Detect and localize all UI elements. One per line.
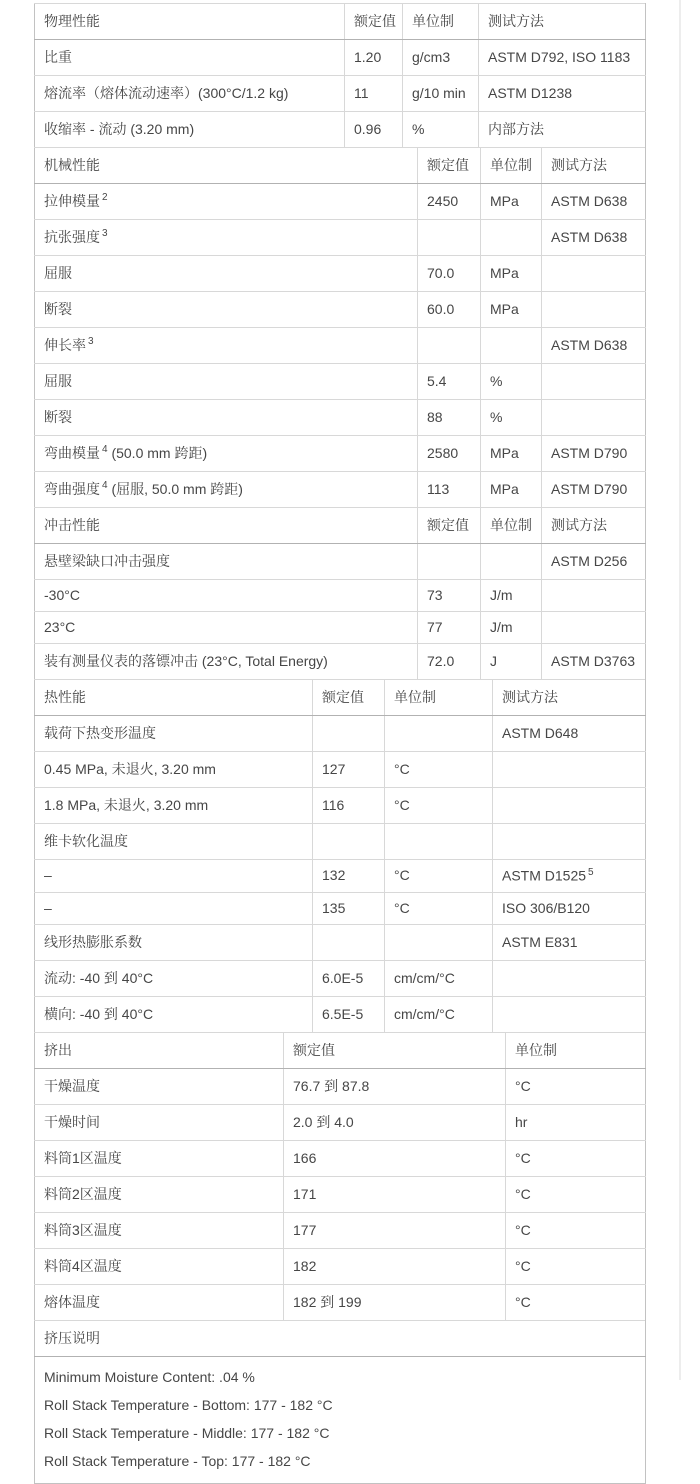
rated-cell: 76.7 到 87.8 xyxy=(284,1068,506,1104)
property-label: 断裂 xyxy=(44,409,72,425)
rated-value: 132 xyxy=(322,867,345,883)
rated-cell: 6.5E-5 xyxy=(313,996,385,1032)
unit-cell: % xyxy=(481,400,542,436)
section-header-row: 物理性能额定值单位制测试方法 xyxy=(35,4,646,40)
rated-value: 72.0 xyxy=(427,653,454,669)
property-row: –132°CASTM D15255 xyxy=(35,860,646,893)
unit-cell xyxy=(385,716,493,752)
note-line: Roll Stack Temperature - Top: 177 - 182 … xyxy=(44,1448,636,1476)
rated-cell: 72.0 xyxy=(418,644,481,680)
property-label-cell: 线形热膨胀系数 xyxy=(35,924,313,960)
column-header: 额定值 xyxy=(284,1032,506,1068)
unit-value: g/cm3 xyxy=(412,49,450,65)
rated-cell: 166 xyxy=(284,1140,506,1176)
method-cell xyxy=(493,752,646,788)
unit-value: MPa xyxy=(490,193,519,209)
method-cell: ASTM D638 xyxy=(542,184,646,220)
column-header: 测试方法 xyxy=(493,680,646,716)
method-cell: ASTM E831 xyxy=(493,924,646,960)
unit-value: °C xyxy=(515,1078,531,1094)
unit-cell: °C xyxy=(385,752,493,788)
rated-value: 77 xyxy=(427,619,443,635)
unit-cell: °C xyxy=(385,860,493,893)
property-label: 干燥时间 xyxy=(44,1114,100,1130)
property-label: 干燥温度 xyxy=(44,1078,100,1094)
property-row: 屈服5.4% xyxy=(35,364,646,400)
property-label-cell: 屈服 xyxy=(35,364,418,400)
unit-cell: MPa xyxy=(481,436,542,472)
unit-cell: % xyxy=(403,112,479,148)
property-label-cell: 料筒1区温度 xyxy=(35,1140,284,1176)
unit-value: hr xyxy=(515,1114,527,1130)
method-cell xyxy=(542,400,646,436)
rated-value: 116 xyxy=(322,797,344,813)
column-header: 额定值 xyxy=(418,148,481,184)
property-label-cell: – xyxy=(35,892,313,924)
property-label-cell: 料筒3区温度 xyxy=(35,1212,284,1248)
rated-cell: 171 xyxy=(284,1176,506,1212)
property-label-cell: 装有测量仪表的落镖冲击 (23°C, Total Energy) xyxy=(35,644,418,680)
rated-value: 113 xyxy=(427,481,449,497)
rated-cell: 6.0E-5 xyxy=(313,960,385,996)
property-label-cell: 悬壁梁缺口冲击强度 xyxy=(35,544,418,580)
unit-cell xyxy=(481,544,542,580)
property-row: 料筒3区温度177°C xyxy=(35,1212,646,1248)
unit-value: °C xyxy=(515,1294,531,1310)
unit-cell: °C xyxy=(385,788,493,824)
unit-cell: J xyxy=(481,644,542,680)
method-value: ASTM D638 xyxy=(551,337,627,353)
property-label-cell: 断裂 xyxy=(35,292,418,328)
footnote-superscript: 3 xyxy=(88,336,94,347)
property-label: 流动: -40 到 40°C xyxy=(44,970,153,986)
section-title: 机械性能 xyxy=(35,148,418,184)
method-cell: ASTM D638 xyxy=(542,220,646,256)
property-row: 断裂88% xyxy=(35,400,646,436)
property-label-cell: 比重 xyxy=(35,40,345,76)
rated-value: 2450 xyxy=(427,193,458,209)
method-value: ASTM D792, ISO 1183 xyxy=(488,49,630,65)
property-label: 装有测量仪表的落镖冲击 (23°C, Total Energy) xyxy=(44,653,328,669)
property-table-thermal: 热性能额定值单位制测试方法载荷下热变形温度ASTM D6480.45 MPa, … xyxy=(34,679,646,1033)
rated-cell xyxy=(418,328,481,364)
property-label-cell: -30°C xyxy=(35,580,418,612)
unit-value: °C xyxy=(515,1258,531,1274)
unit-cell: MPa xyxy=(481,292,542,328)
method-cell xyxy=(493,960,646,996)
rated-value: 2580 xyxy=(427,445,458,461)
rated-value: 127 xyxy=(322,761,345,777)
property-row: 断裂60.0MPa xyxy=(35,292,646,328)
property-label-cell: 干燥温度 xyxy=(35,1068,284,1104)
property-row: 拉伸模量22450MPaASTM D638 xyxy=(35,184,646,220)
rated-cell xyxy=(418,220,481,256)
property-label: 料筒2区温度 xyxy=(44,1186,122,1202)
property-label-cell: 流动: -40 到 40°C xyxy=(35,960,313,996)
property-label-cell: 弯曲模量4 (50.0 mm 跨距) xyxy=(35,436,418,472)
property-label-cell: 1.8 MPa, 未退火, 3.20 mm xyxy=(35,788,313,824)
property-row: 悬壁梁缺口冲击强度ASTM D256 xyxy=(35,544,646,580)
unit-cell: g/cm3 xyxy=(403,40,479,76)
property-table-impact: 冲击性能额定值单位制测试方法悬壁梁缺口冲击强度ASTM D256-30°C73J… xyxy=(34,507,646,680)
method-value: ASTM D1238 xyxy=(488,85,572,101)
column-header: 单位制 xyxy=(481,148,542,184)
unit-value: cm/cm/°C xyxy=(394,1006,455,1022)
unit-cell: J/m xyxy=(481,580,542,612)
unit-cell: cm/cm/°C xyxy=(385,960,493,996)
property-label: – xyxy=(44,867,52,883)
unit-cell: °C xyxy=(506,1248,646,1284)
property-label-cell: 维卡软化温度 xyxy=(35,824,313,860)
rated-cell: 2.0 到 4.0 xyxy=(284,1104,506,1140)
column-header: 额定值 xyxy=(418,508,481,544)
unit-value: % xyxy=(490,373,502,389)
property-label-cell: 横向: -40 到 40°C xyxy=(35,996,313,1032)
unit-cell xyxy=(481,220,542,256)
method-cell xyxy=(493,996,646,1032)
method-value: ASTM D790 xyxy=(551,481,627,497)
method-cell xyxy=(493,788,646,824)
unit-cell: °C xyxy=(506,1212,646,1248)
column-header: 额定值 xyxy=(345,4,403,40)
property-label-cell: – xyxy=(35,860,313,893)
unit-value: °C xyxy=(394,797,410,813)
unit-cell: cm/cm/°C xyxy=(385,996,493,1032)
property-label: 料筒3区温度 xyxy=(44,1222,122,1238)
property-row: 线形热膨胀系数ASTM E831 xyxy=(35,924,646,960)
property-label: 熔流率（熔体流动速率）(300°C/1.2 kg) xyxy=(44,85,288,101)
rated-value: 73 xyxy=(427,587,443,603)
property-label-cell: 弯曲强度4 (屈服, 50.0 mm 跨距) xyxy=(35,472,418,508)
column-header: 单位制 xyxy=(385,680,493,716)
rated-value: 171 xyxy=(293,1186,316,1202)
rated-cell: 182 到 199 xyxy=(284,1284,506,1320)
note-line: Minimum Moisture Content: .04 % xyxy=(44,1364,636,1392)
unit-value: °C xyxy=(515,1222,531,1238)
unit-cell: °C xyxy=(506,1284,646,1320)
property-label: 悬壁梁缺口冲击强度 xyxy=(44,553,170,569)
property-label: 断裂 xyxy=(44,301,72,317)
unit-cell: °C xyxy=(506,1176,646,1212)
method-cell: ASTM D648 xyxy=(493,716,646,752)
rated-value: 70.0 xyxy=(427,265,454,281)
unit-cell: °C xyxy=(385,892,493,924)
rated-cell: 0.96 xyxy=(345,112,403,148)
property-label: -30°C xyxy=(44,587,80,603)
unit-value: °C xyxy=(394,761,410,777)
page-edge-rule xyxy=(679,0,681,1380)
unit-cell: °C xyxy=(506,1068,646,1104)
method-value: ASTM E831 xyxy=(502,934,577,950)
section-header-row: 热性能额定值单位制测试方法 xyxy=(35,680,646,716)
unit-cell: J/m xyxy=(481,612,542,644)
rated-value: 11 xyxy=(354,85,369,101)
property-label-cell: 熔流率（熔体流动速率）(300°C/1.2 kg) xyxy=(35,76,345,112)
column-header: 测试方法 xyxy=(542,148,646,184)
rated-cell: 11 xyxy=(345,76,403,112)
note-line: Roll Stack Temperature - Bottom: 177 - 1… xyxy=(44,1392,636,1420)
method-cell xyxy=(542,364,646,400)
rated-value: 1.20 xyxy=(354,49,381,65)
section-header-row: 挤出额定值单位制 xyxy=(35,1032,646,1068)
rated-value: 182 xyxy=(293,1258,316,1274)
property-label: 载荷下热变形温度 xyxy=(44,725,156,741)
property-table-physical: 物理性能额定值单位制测试方法比重1.20g/cm3ASTM D792, ISO … xyxy=(34,3,646,148)
property-row: 流动: -40 到 40°C6.0E-5cm/cm/°C xyxy=(35,960,646,996)
column-header: 测试方法 xyxy=(479,4,646,40)
method-cell: ASTM D790 xyxy=(542,472,646,508)
property-label: 23°C xyxy=(44,619,75,635)
property-label-suffix: (屈服, 50.0 mm 跨距) xyxy=(108,481,243,497)
property-row: 料筒4区温度182°C xyxy=(35,1248,646,1284)
method-value: ASTM D648 xyxy=(502,725,578,741)
unit-value: °C xyxy=(394,900,410,916)
unit-cell: MPa xyxy=(481,256,542,292)
property-label-cell: 料筒4区温度 xyxy=(35,1248,284,1284)
property-row: –135°CISO 306/B120 xyxy=(35,892,646,924)
property-row: 横向: -40 到 40°C6.5E-5cm/cm/°C xyxy=(35,996,646,1032)
property-row: 载荷下热变形温度ASTM D648 xyxy=(35,716,646,752)
property-label: 比重 xyxy=(44,49,72,65)
method-value: ASTM D638 xyxy=(551,229,627,245)
rated-value: 135 xyxy=(322,900,345,916)
unit-cell: MPa xyxy=(481,184,542,220)
property-table-extrusion-notes: 挤压说明Minimum Moisture Content: .04 %Roll … xyxy=(34,1320,646,1484)
property-row: 1.8 MPa, 未退火, 3.20 mm116°C xyxy=(35,788,646,824)
property-row: 维卡软化温度 xyxy=(35,824,646,860)
rated-cell: 2450 xyxy=(418,184,481,220)
property-row: 比重1.20g/cm3ASTM D792, ISO 1183 xyxy=(35,40,646,76)
rated-cell: 70.0 xyxy=(418,256,481,292)
unit-cell: % xyxy=(481,364,542,400)
property-row: 弯曲强度4 (屈服, 50.0 mm 跨距)113MPaASTM D790 xyxy=(35,472,646,508)
method-cell: ASTM D638 xyxy=(542,328,646,364)
rated-value: 6.5E-5 xyxy=(322,1006,363,1022)
property-label: 料筒1区温度 xyxy=(44,1150,122,1166)
property-label-cell: 干燥时间 xyxy=(35,1104,284,1140)
unit-value: J/m xyxy=(490,619,513,635)
section-title: 冲击性能 xyxy=(35,508,418,544)
rated-value: 6.0E-5 xyxy=(322,970,363,986)
property-label-cell: 熔体温度 xyxy=(35,1284,284,1320)
property-label-cell: 屈服 xyxy=(35,256,418,292)
property-row: 收缩率 - 流动 (3.20 mm)0.96%内部方法 xyxy=(35,112,646,148)
method-cell xyxy=(542,612,646,644)
column-header: 测试方法 xyxy=(542,508,646,544)
rated-cell: 77 xyxy=(418,612,481,644)
unit-cell xyxy=(385,924,493,960)
property-row: 熔体温度182 到 199°C xyxy=(35,1284,646,1320)
unit-value: J/m xyxy=(490,587,513,603)
property-label-cell: 0.45 MPa, 未退火, 3.20 mm xyxy=(35,752,313,788)
rated-cell: 73 xyxy=(418,580,481,612)
unit-value: MPa xyxy=(490,481,519,497)
method-cell: ASTM D15255 xyxy=(493,860,646,893)
rated-value: 2.0 到 4.0 xyxy=(293,1114,354,1130)
method-cell xyxy=(542,292,646,328)
section-header-row: 挤压说明 xyxy=(35,1320,646,1356)
unit-value: % xyxy=(412,121,424,137)
unit-value: J xyxy=(490,653,497,669)
unit-value: g/10 min xyxy=(412,85,466,101)
property-label: 收缩率 - 流动 (3.20 mm) xyxy=(44,121,194,137)
property-row: 23°C77J/m xyxy=(35,612,646,644)
rated-cell xyxy=(313,924,385,960)
property-label-cell: 23°C xyxy=(35,612,418,644)
rated-value: 177 xyxy=(293,1222,316,1238)
rated-cell: 60.0 xyxy=(418,292,481,328)
unit-cell: g/10 min xyxy=(403,76,479,112)
property-row: 熔流率（熔体流动速率）(300°C/1.2 kg)11g/10 minASTM … xyxy=(35,76,646,112)
property-row: 伸长率3ASTM D638 xyxy=(35,328,646,364)
rated-value: 5.4 xyxy=(427,373,446,389)
property-label: 料筒4区温度 xyxy=(44,1258,122,1274)
rated-cell xyxy=(313,716,385,752)
rated-cell: 2580 xyxy=(418,436,481,472)
column-header: 单位制 xyxy=(481,508,542,544)
method-value: ASTM D1525 xyxy=(502,868,586,884)
rated-cell: 116 xyxy=(313,788,385,824)
section-header-row: 机械性能额定值单位制测试方法 xyxy=(35,148,646,184)
property-row: 料筒1区温度166°C xyxy=(35,1140,646,1176)
method-value: ASTM D790 xyxy=(551,445,627,461)
property-row: 干燥时间2.0 到 4.0hr xyxy=(35,1104,646,1140)
footnote-superscript: 3 xyxy=(102,228,108,239)
property-row: 干燥温度76.7 到 87.8°C xyxy=(35,1068,646,1104)
method-cell: ASTM D790 xyxy=(542,436,646,472)
footnote-superscript: 5 xyxy=(588,867,594,878)
property-label: 弯曲模量 xyxy=(44,445,100,461)
rated-cell xyxy=(418,544,481,580)
property-label-cell: 料筒2区温度 xyxy=(35,1176,284,1212)
method-value: ASTM D3763 xyxy=(551,653,635,669)
property-label-cell: 拉伸模量2 xyxy=(35,184,418,220)
column-header: 单位制 xyxy=(403,4,479,40)
method-value: 内部方法 xyxy=(488,121,544,137)
property-label: 0.45 MPa, 未退火, 3.20 mm xyxy=(44,761,216,777)
rated-cell: 177 xyxy=(284,1212,506,1248)
property-table-extrusion: 挤出额定值单位制干燥温度76.7 到 87.8°C干燥时间2.0 到 4.0hr… xyxy=(34,1032,646,1321)
method-cell xyxy=(542,256,646,292)
unit-value: °C xyxy=(515,1186,531,1202)
rated-cell: 127 xyxy=(313,752,385,788)
method-cell xyxy=(542,580,646,612)
rated-value: 76.7 到 87.8 xyxy=(293,1078,369,1094)
property-label-cell: 伸长率3 xyxy=(35,328,418,364)
notes-cell: Minimum Moisture Content: .04 %Roll Stac… xyxy=(35,1356,646,1483)
property-row: 屈服70.0MPa xyxy=(35,256,646,292)
property-label-cell: 载荷下热变形温度 xyxy=(35,716,313,752)
property-label-cell: 收缩率 - 流动 (3.20 mm) xyxy=(35,112,345,148)
section-title: 物理性能 xyxy=(35,4,345,40)
notes-row: Minimum Moisture Content: .04 %Roll Stac… xyxy=(35,1356,646,1483)
unit-value: °C xyxy=(515,1150,531,1166)
property-label-cell: 断裂 xyxy=(35,400,418,436)
unit-value: % xyxy=(490,409,502,425)
property-row: 料筒2区温度171°C xyxy=(35,1176,646,1212)
property-label: 线形热膨胀系数 xyxy=(44,934,142,950)
property-label: 熔体温度 xyxy=(44,1294,100,1310)
property-label: 拉伸模量 xyxy=(44,193,100,209)
rated-cell: 132 xyxy=(313,860,385,893)
unit-value: cm/cm/°C xyxy=(394,970,455,986)
rated-value: 166 xyxy=(293,1150,316,1166)
footnote-superscript: 2 xyxy=(102,192,108,203)
property-label: 维卡软化温度 xyxy=(44,833,128,849)
method-cell: 内部方法 xyxy=(479,112,646,148)
property-label-cell: 抗张强度3 xyxy=(35,220,418,256)
method-value: ASTM D256 xyxy=(551,553,627,569)
unit-cell xyxy=(385,824,493,860)
method-cell: ISO 306/B120 xyxy=(493,892,646,924)
rated-cell: 135 xyxy=(313,892,385,924)
rated-cell: 88 xyxy=(418,400,481,436)
property-label: 横向: -40 到 40°C xyxy=(44,1006,153,1022)
property-row: 弯曲模量4 (50.0 mm 跨距)2580MPaASTM D790 xyxy=(35,436,646,472)
method-cell: ASTM D1238 xyxy=(479,76,646,112)
property-row: 抗张强度3ASTM D638 xyxy=(35,220,646,256)
property-row: 0.45 MPa, 未退火, 3.20 mm127°C xyxy=(35,752,646,788)
property-label: 弯曲强度 xyxy=(44,481,100,497)
column-header: 单位制 xyxy=(506,1032,646,1068)
unit-cell: °C xyxy=(506,1140,646,1176)
rated-cell: 113 xyxy=(418,472,481,508)
unit-cell xyxy=(481,328,542,364)
section-title: 挤出 xyxy=(35,1032,284,1068)
method-value: ASTM D638 xyxy=(551,193,627,209)
property-label: 抗张强度 xyxy=(44,229,100,245)
property-label: 伸长率 xyxy=(44,337,86,353)
method-cell: ASTM D256 xyxy=(542,544,646,580)
section-title: 热性能 xyxy=(35,680,313,716)
column-header: 额定值 xyxy=(313,680,385,716)
rated-value: 60.0 xyxy=(427,301,454,317)
unit-value: MPa xyxy=(490,265,519,281)
rated-value: 88 xyxy=(427,409,443,425)
rated-cell: 5.4 xyxy=(418,364,481,400)
unit-value: MPa xyxy=(490,445,519,461)
unit-value: MPa xyxy=(490,301,519,317)
property-label: 1.8 MPa, 未退火, 3.20 mm xyxy=(44,797,208,813)
section-header-row: 冲击性能额定值单位制测试方法 xyxy=(35,508,646,544)
property-row: -30°C73J/m xyxy=(35,580,646,612)
unit-value: °C xyxy=(394,867,410,883)
rated-cell: 1.20 xyxy=(345,40,403,76)
note-line: Roll Stack Temperature - Middle: 177 - 1… xyxy=(44,1420,636,1448)
method-cell: ASTM D3763 xyxy=(542,644,646,680)
datasheet: 物理性能额定值单位制测试方法比重1.20g/cm3ASTM D792, ISO … xyxy=(34,3,645,1484)
rated-value: 0.96 xyxy=(354,121,381,137)
property-table-mechanical: 机械性能额定值单位制测试方法拉伸模量22450MPaASTM D638抗张强度3… xyxy=(34,147,646,508)
property-label-suffix: (50.0 mm 跨距) xyxy=(108,445,208,461)
unit-cell: MPa xyxy=(481,472,542,508)
method-cell xyxy=(493,824,646,860)
method-value: ISO 306/B120 xyxy=(502,900,590,916)
method-cell: ASTM D792, ISO 1183 xyxy=(479,40,646,76)
rated-cell: 182 xyxy=(284,1248,506,1284)
property-row: 装有测量仪表的落镖冲击 (23°C, Total Energy)72.0JAST… xyxy=(35,644,646,680)
section-title: 挤压说明 xyxy=(35,1320,646,1356)
property-label: – xyxy=(44,900,52,916)
property-label: 屈服 xyxy=(44,265,72,281)
property-label: 屈服 xyxy=(44,373,72,389)
unit-cell: hr xyxy=(506,1104,646,1140)
rated-value: 182 到 199 xyxy=(293,1294,362,1310)
rated-cell xyxy=(313,824,385,860)
